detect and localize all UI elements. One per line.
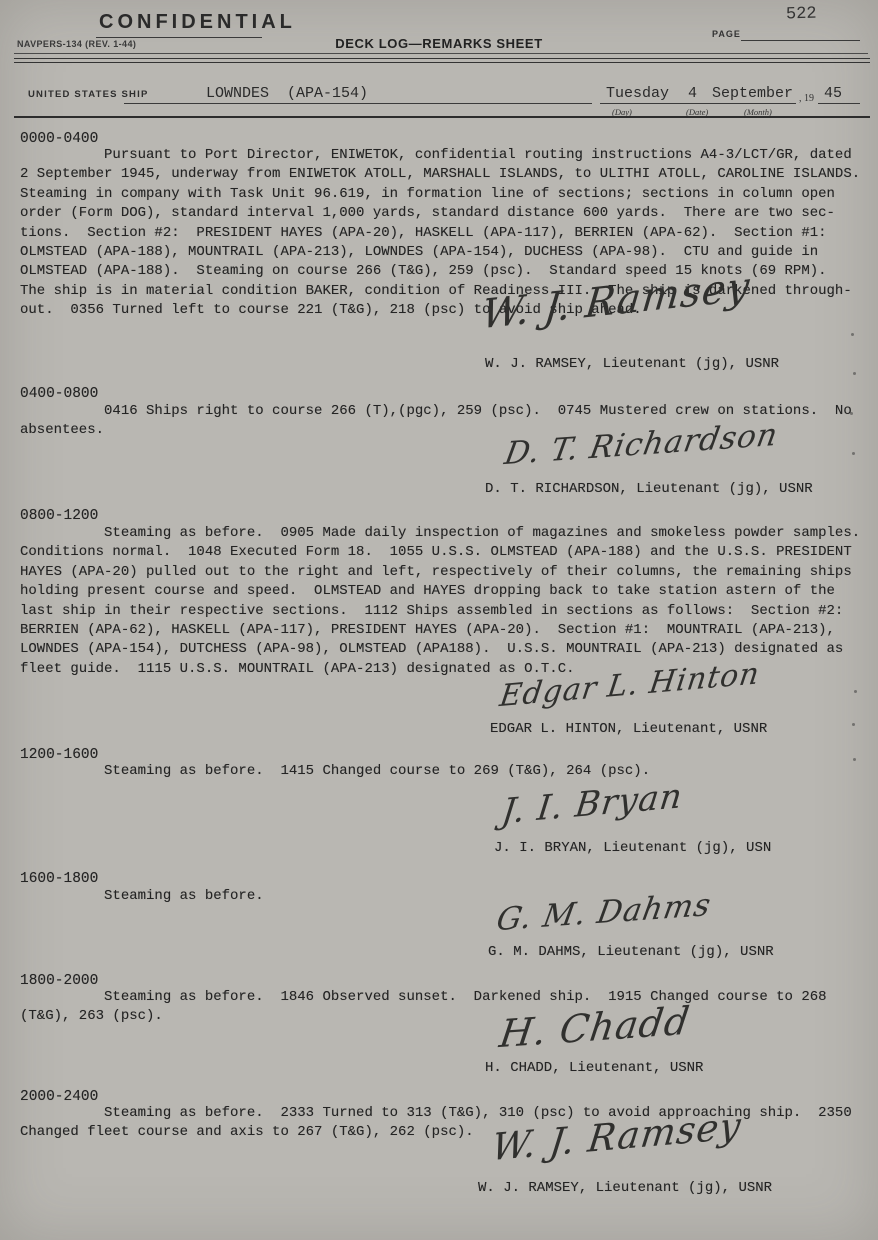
scan-artifact: [852, 723, 855, 726]
entry-time-range: 0800-1200: [20, 508, 98, 524]
year-prefix: , 19: [799, 93, 814, 104]
deck-log-page: CONFIDENTIAL 522 PAGE NAVPERS-134 (REV. …: [0, 0, 878, 1240]
entry-time-range: 1200-1600: [20, 747, 98, 763]
signature-typed-name: J. I. BRYAN, Lieutenant (jg), USN: [494, 840, 771, 856]
header-bottom-rule: [14, 116, 870, 118]
date-day-value: Tuesday: [606, 85, 669, 102]
log-entry-text: Steaming as before. 1846 Observed sunset…: [20, 988, 827, 1027]
signature-typed-name: W. J. RAMSEY, Lieutenant (jg), USNR: [478, 1180, 772, 1196]
date-line: [600, 103, 796, 104]
scan-artifact: [854, 690, 857, 693]
year-line: [818, 103, 860, 104]
entry-time-range: 0400-0800: [20, 386, 98, 402]
date-year-value: 45: [824, 85, 842, 102]
page-number: 522: [786, 4, 817, 24]
ship-name-line: [124, 103, 592, 104]
entry-time-range: 2000-2400: [20, 1089, 98, 1105]
log-entry-text: Steaming as before.: [20, 887, 264, 906]
signature-typed-name: G. M. DAHMS, Lieutenant (jg), USNR: [488, 944, 774, 960]
scan-artifact: [850, 412, 853, 415]
ship-label: UNITED STATES SHIP: [28, 89, 148, 100]
header-double-rule: [14, 58, 870, 63]
entry-time-range: 1600-1800: [20, 871, 98, 887]
scan-artifact: [853, 372, 856, 375]
entry-time-range: 0000-0400: [20, 131, 98, 147]
signature-typed-name: EDGAR L. HINTON, Lieutenant, USNR: [490, 721, 767, 737]
date-month-value: September: [712, 85, 793, 102]
classification-stamp: CONFIDENTIAL: [99, 11, 296, 34]
log-entry-text: Steaming as before. 1415 Changed course …: [20, 762, 650, 781]
scan-artifact: [853, 758, 856, 761]
signature-script: J. I. Bryan: [500, 776, 686, 832]
scan-artifact: [851, 333, 854, 336]
log-entry-text: Steaming as before. 0905 Made daily insp…: [20, 524, 860, 679]
signature-typed-name: H. CHADD, Lieutenant, USNR: [485, 1060, 703, 1076]
signature-typed-name: W. J. RAMSEY, Lieutenant (jg), USNR: [485, 356, 779, 372]
ship-name-value: LOWNDES (APA-154): [206, 85, 368, 102]
scan-artifact: [852, 452, 855, 455]
entry-time-range: 1800-2000: [20, 973, 98, 989]
header-rule: [14, 53, 868, 54]
signature-script: G. M. Dahms: [494, 887, 714, 938]
signature-typed-name: D. T. RICHARDSON, Lieutenant (jg), USNR: [485, 481, 813, 497]
document-title: DECK LOG—REMARKS SHEET: [0, 36, 878, 51]
date-date-value: 4: [688, 85, 697, 102]
